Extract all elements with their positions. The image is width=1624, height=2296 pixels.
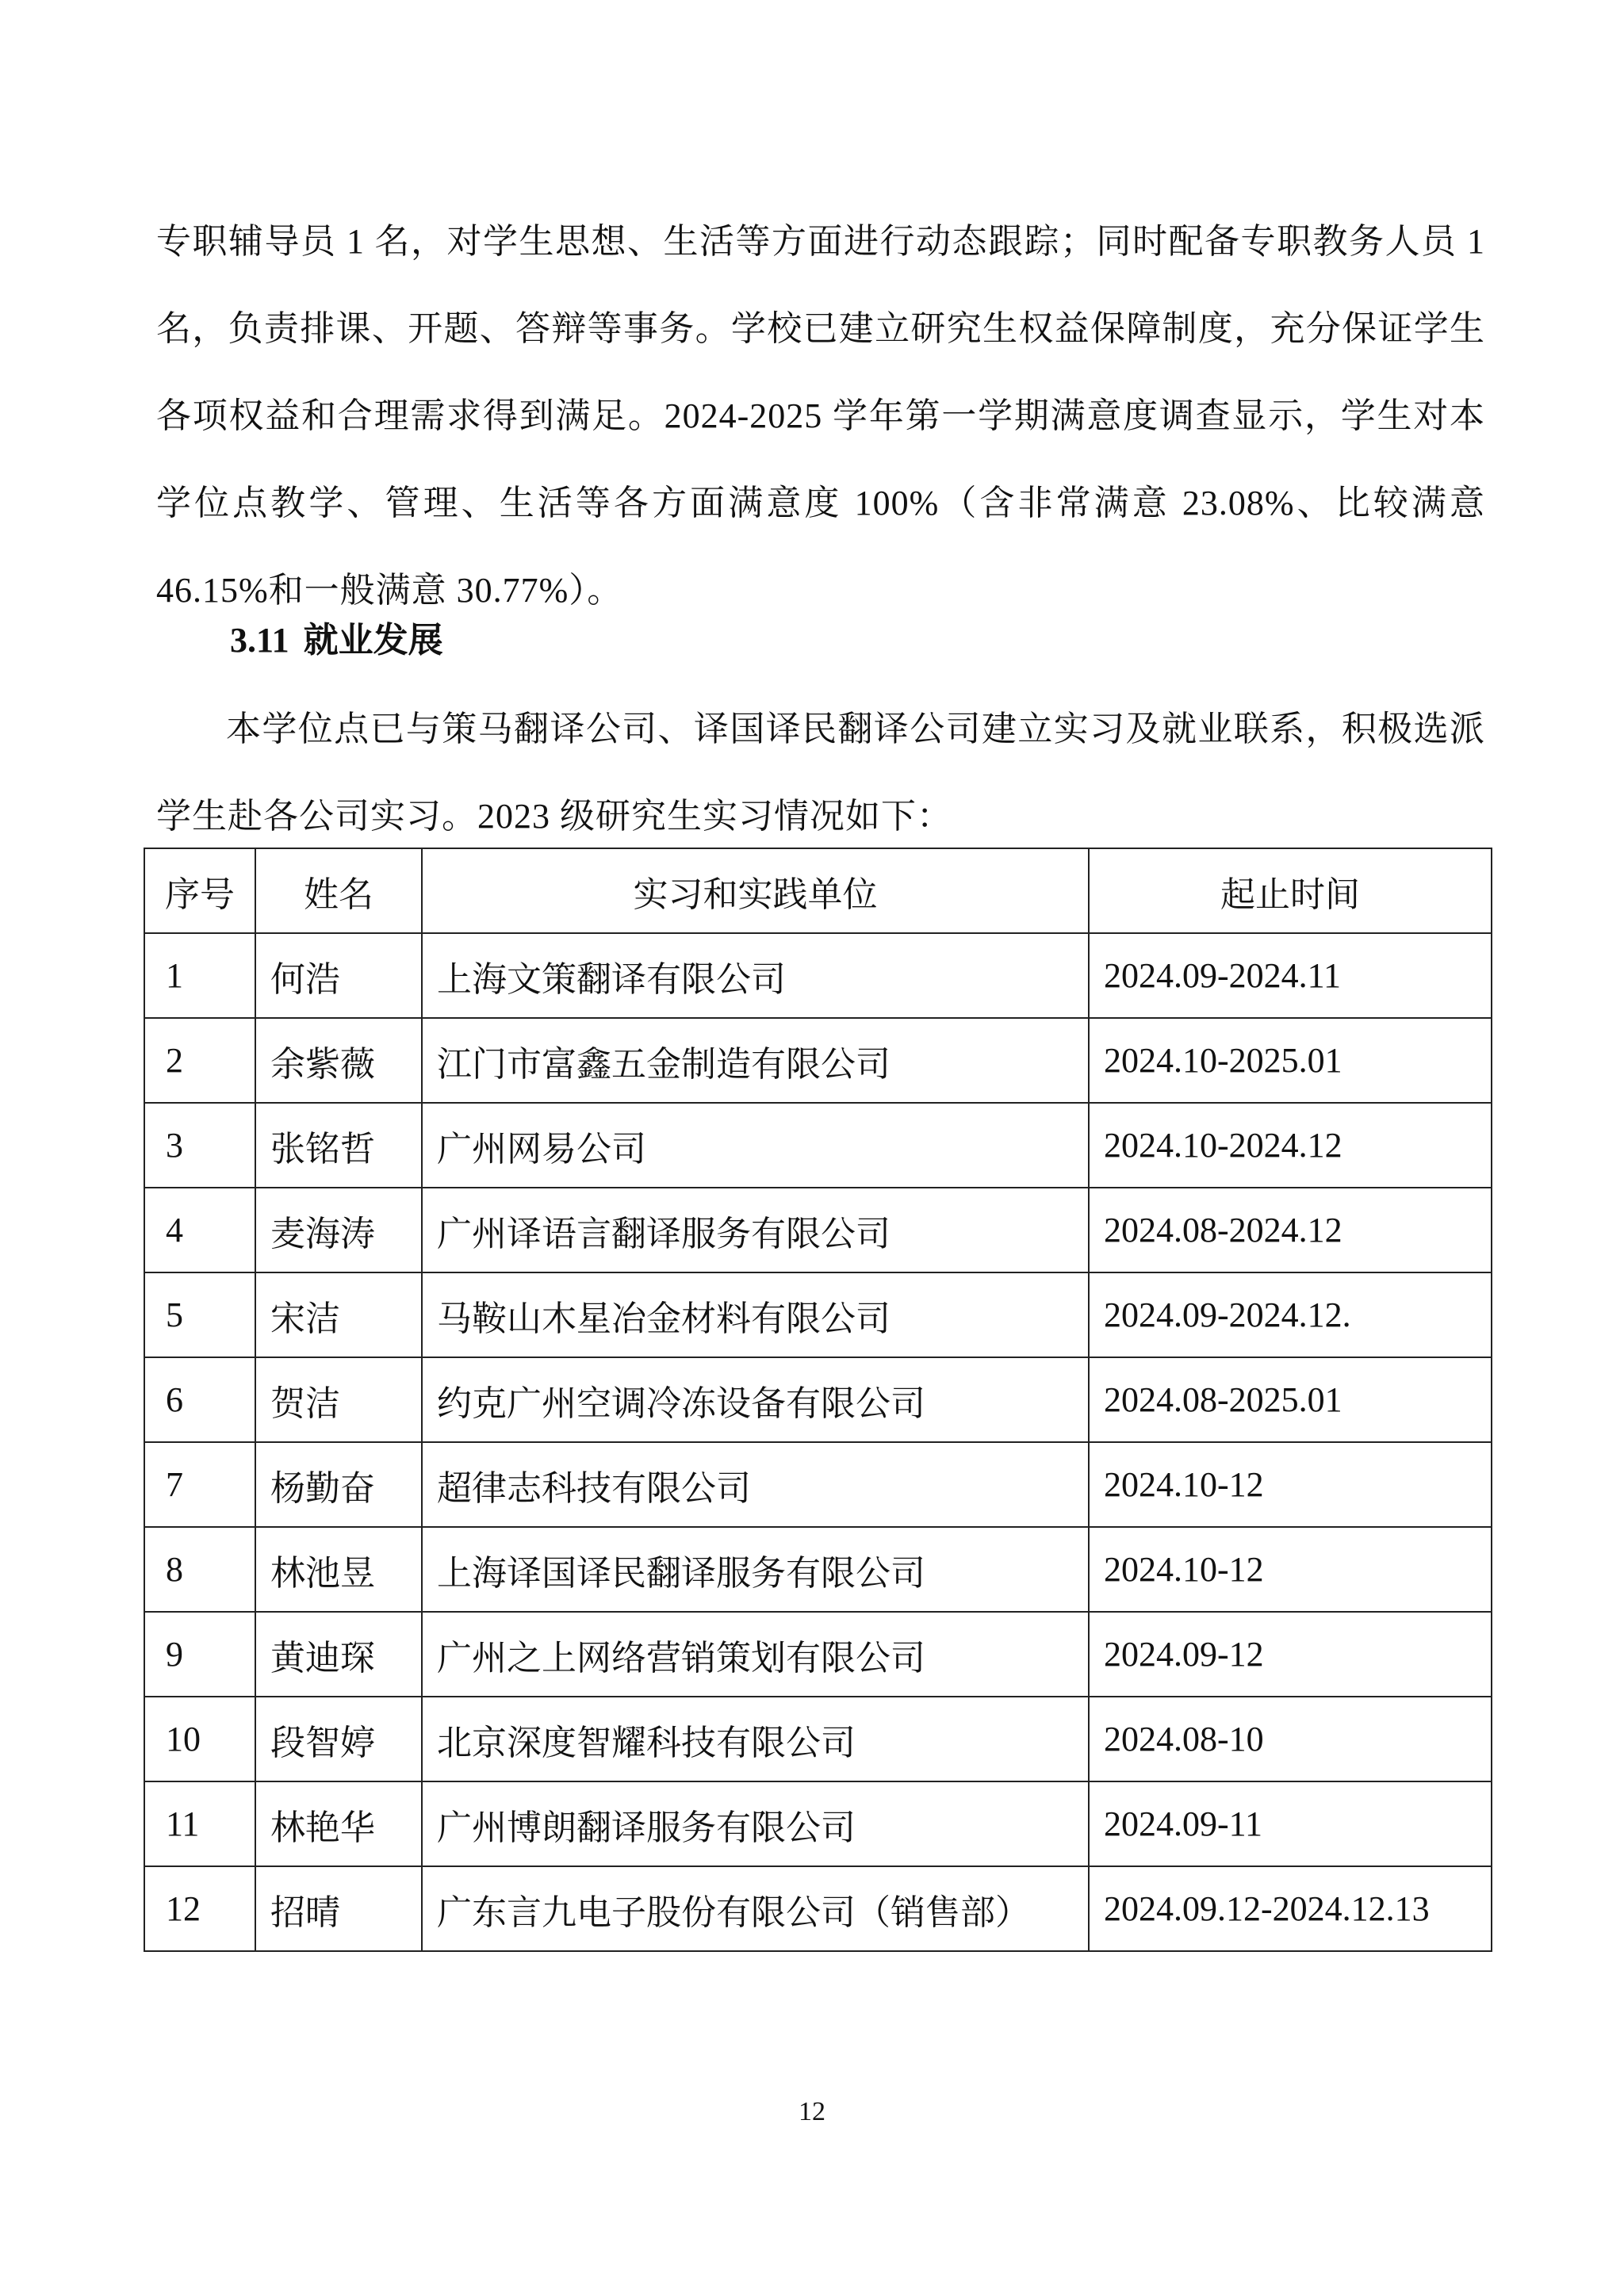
column-header-org: 实习和实践单位 [422,848,1089,933]
cell-no: 12 [144,1866,255,1951]
table-row: 6 贺洁 约克广州空调冷冻设备有限公司 2024.08-2025.01 [144,1357,1492,1442]
cell-no: 1 [144,933,255,1018]
page-number: 12 [0,2093,1624,2131]
cell-org: 超律志科技有限公司 [422,1442,1089,1527]
table-row: 4 麦海涛 广州译语言翻译服务有限公司 2024.08-2024.12 [144,1188,1492,1272]
cell-org: 广州网易公司 [422,1103,1089,1188]
cell-name: 贺洁 [255,1357,422,1442]
column-header-name: 姓名 [255,848,422,933]
section-title: 就业发展 [304,621,443,660]
cell-period: 2024.09.12-2024.12.13 [1089,1866,1492,1951]
table-row: 12 招晴 广东言九电子股份有限公司（销售部） 2024.09.12-2024.… [144,1866,1492,1951]
table-row: 8 林池昱 上海译国译民翻译服务有限公司 2024.10-12 [144,1527,1492,1612]
section-heading: 3.11就业发展 [230,615,443,666]
cell-no: 8 [144,1527,255,1612]
cell-org: 广州之上网络营销策划有限公司 [422,1612,1089,1697]
cell-name: 招晴 [255,1866,422,1951]
cell-name: 张铭哲 [255,1103,422,1188]
cell-name: 余紫薇 [255,1018,422,1103]
cell-org: 北京深度智耀科技有限公司 [422,1697,1089,1781]
cell-no: 10 [144,1697,255,1781]
cell-name: 宋洁 [255,1272,422,1357]
table-row: 5 宋洁 马鞍山木星冶金材料有限公司 2024.09-2024.12. [144,1272,1492,1357]
cell-org: 江门市富鑫五金制造有限公司 [422,1018,1089,1103]
cell-name: 段智婷 [255,1697,422,1781]
cell-name: 林艳华 [255,1781,422,1866]
cell-no: 2 [144,1018,255,1103]
cell-org: 广东言九电子股份有限公司（销售部） [422,1866,1089,1951]
document-page: 专职辅导员 1 名，对学生思想、生活等方面进行动态跟踪；同时配备专职教务人员 1… [0,0,1624,2296]
cell-org: 约克广州空调冷冻设备有限公司 [422,1357,1089,1442]
cell-name: 林池昱 [255,1527,422,1612]
cell-org: 马鞍山木星冶金材料有限公司 [422,1272,1089,1357]
cell-no: 6 [144,1357,255,1442]
cell-no: 3 [144,1103,255,1188]
cell-period: 2024.08-2025.01 [1089,1357,1492,1442]
table-row: 9 黄迪琛 广州之上网络营销策划有限公司 2024.09-12 [144,1612,1492,1697]
cell-no: 7 [144,1442,255,1527]
table-row: 10 段智婷 北京深度智耀科技有限公司 2024.08-10 [144,1697,1492,1781]
cell-org: 广州译语言翻译服务有限公司 [422,1188,1089,1272]
cell-period: 2024.08-10 [1089,1697,1492,1781]
column-header-no: 序号 [144,848,255,933]
paragraph-student-support: 专职辅导员 1 名，对学生思想、生活等方面进行动态跟踪；同时配备专职教务人员 1… [156,198,1485,634]
column-header-period: 起止时间 [1089,848,1492,933]
cell-period: 2024.10-12 [1089,1527,1492,1612]
cell-no: 4 [144,1188,255,1272]
cell-org: 广州博朗翻译服务有限公司 [422,1781,1089,1866]
cell-period: 2024.09-2024.12. [1089,1272,1492,1357]
cell-period: 2024.10-12 [1089,1442,1492,1527]
table-row: 3 张铭哲 广州网易公司 2024.10-2024.12 [144,1103,1492,1188]
paragraph-employment-intro: 本学位点已与策马翻译公司、译国译民翻译公司建立实习及就业联系，积极选派学生赴各公… [156,686,1485,860]
cell-org: 上海文策翻译有限公司 [422,933,1089,1018]
cell-no: 5 [144,1272,255,1357]
cell-name: 黄迪琛 [255,1612,422,1697]
cell-name: 麦海涛 [255,1188,422,1272]
cell-no: 9 [144,1612,255,1697]
cell-no: 11 [144,1781,255,1866]
table-row: 1 何浩 上海文策翻译有限公司 2024.09-2024.11 [144,933,1492,1018]
cell-period: 2024.09-11 [1089,1781,1492,1866]
cell-period: 2024.10-2025.01 [1089,1018,1492,1103]
table-row: 7 杨勤奋 超律志科技有限公司 2024.10-12 [144,1442,1492,1527]
cell-period: 2024.09-2024.11 [1089,933,1492,1018]
internship-table: 序号 姓名 实习和实践单位 起止时间 1 何浩 上海文策翻译有限公司 2024.… [144,848,1492,1952]
table-row: 2 余紫薇 江门市富鑫五金制造有限公司 2024.10-2025.01 [144,1018,1492,1103]
cell-name: 何浩 [255,933,422,1018]
cell-period: 2024.10-2024.12 [1089,1103,1492,1188]
cell-name: 杨勤奋 [255,1442,422,1527]
cell-period: 2024.09-12 [1089,1612,1492,1697]
cell-org: 上海译国译民翻译服务有限公司 [422,1527,1089,1612]
table-header-row: 序号 姓名 实习和实践单位 起止时间 [144,848,1492,933]
table-row: 11 林艳华 广州博朗翻译服务有限公司 2024.09-11 [144,1781,1492,1866]
cell-period: 2024.08-2024.12 [1089,1188,1492,1272]
section-number: 3.11 [230,621,289,660]
